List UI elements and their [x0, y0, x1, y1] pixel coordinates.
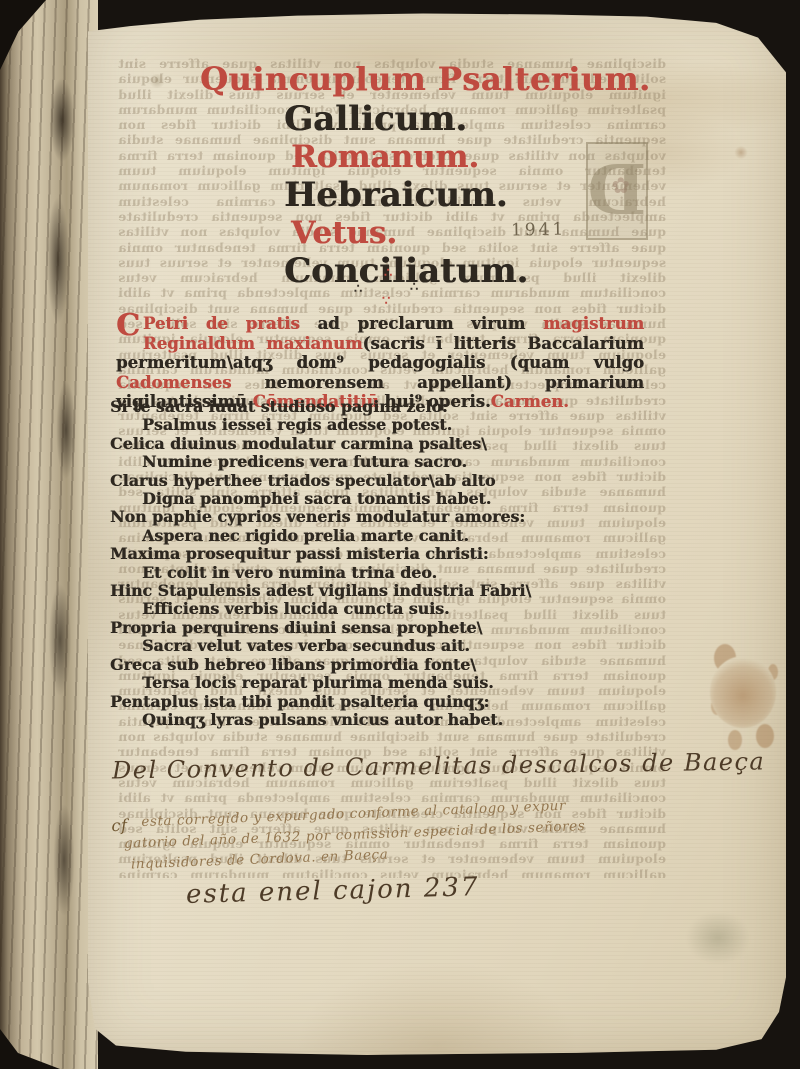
title-romanum: Romanum.: [291, 139, 528, 176]
binding-edge: [0, 0, 98, 1069]
dedication-segment: Petri de pratis: [143, 314, 300, 333]
poem-line: Si te sacra iuuat studioso pagina zelo:: [110, 398, 570, 416]
flower-icon: ✿: [612, 174, 630, 199]
poem: Si te sacra iuuat studioso pagina zelo:P…: [110, 398, 570, 729]
poem-line: Celica diuinus modulatur carmina psaltes…: [110, 435, 570, 453]
shelfmark-inscription: esta enel cajon 237: [186, 872, 480, 910]
poem-line: Maxima prosequitur passi misteria christ…: [110, 545, 570, 563]
poem-line: Digna panomphei sacra tonantis habet.: [110, 490, 570, 508]
poem-line: Efficiens verbis lucida cuncta suis.: [110, 600, 570, 618]
poem-line: Pentaplus ista tibi pandit psalteria qui…: [110, 693, 570, 711]
poem-line: Greca sub hebreo libans primordia fonte\: [110, 656, 570, 674]
dedication-segment: Cadomenses: [116, 373, 231, 392]
title-main: Quincuplum Psalterium.: [200, 60, 651, 98]
poem-line: Clarus hyperthee triados speculator\ab a…: [110, 472, 570, 490]
poem-line: Non paphie cyprios veneris modulatur amo…: [110, 508, 570, 526]
poem-line: Hinc Stapulensis adest vigilans industri…: [110, 582, 570, 600]
scan-background: { "colors": { "red_ink": "#bf4b40", "bla…: [0, 0, 800, 1069]
poem-line: Et colit in vero numina trina deo.: [110, 564, 570, 582]
dots-cluster-bottom: ∵: [382, 294, 390, 309]
title-hebraicum: Hebraicum.: [284, 176, 528, 215]
poem-line: Aspera nec rigido prelia marte canit.: [110, 527, 570, 545]
title-vetus: Vetus.: [291, 215, 528, 252]
poem-line: Sacra velut vates verba secundus ait.: [110, 637, 570, 655]
dedication-segment: ad preclarum virum: [300, 314, 543, 333]
dots-cluster-right: ∴: [410, 280, 418, 295]
page: disciplinae humanae studia voluptas non …: [88, 4, 786, 1056]
dots-cluster-top: ∴: [384, 266, 392, 281]
dots-cluster-left: ∴: [354, 282, 362, 297]
title-list: Gallicum.Romanum.Hebraicum.Vetus.Concili…: [284, 100, 528, 291]
paraph-mark: cf: [111, 815, 128, 837]
small-stain: [734, 146, 748, 159]
showthrough-initial-d: D ✿: [586, 142, 648, 240]
inventory-number: 1941: [511, 220, 567, 241]
poem-line: Numine predicens vera futura sacro.: [110, 453, 570, 471]
dedication-initial: C: [116, 314, 140, 338]
title-gallicum: Gallicum.: [284, 100, 528, 139]
book-scan: disciplinae humanae studia voluptas non …: [0, 0, 800, 1069]
poem-line: Propria perquirens diuini sensa prophete…: [110, 619, 570, 637]
poem-line: Quinqʒ lyras pulsans vnicus autor habet.: [110, 711, 570, 729]
poem-line: Psalmus iessei regis adesse potest.: [110, 416, 570, 434]
smudge-stain: [686, 912, 750, 964]
ink-stain: [710, 656, 776, 728]
poem-line: Tersa locis reparat plurima menda suis.: [110, 674, 570, 692]
dots-ornament: ∴ ∴ ∴ ∵: [350, 270, 434, 316]
